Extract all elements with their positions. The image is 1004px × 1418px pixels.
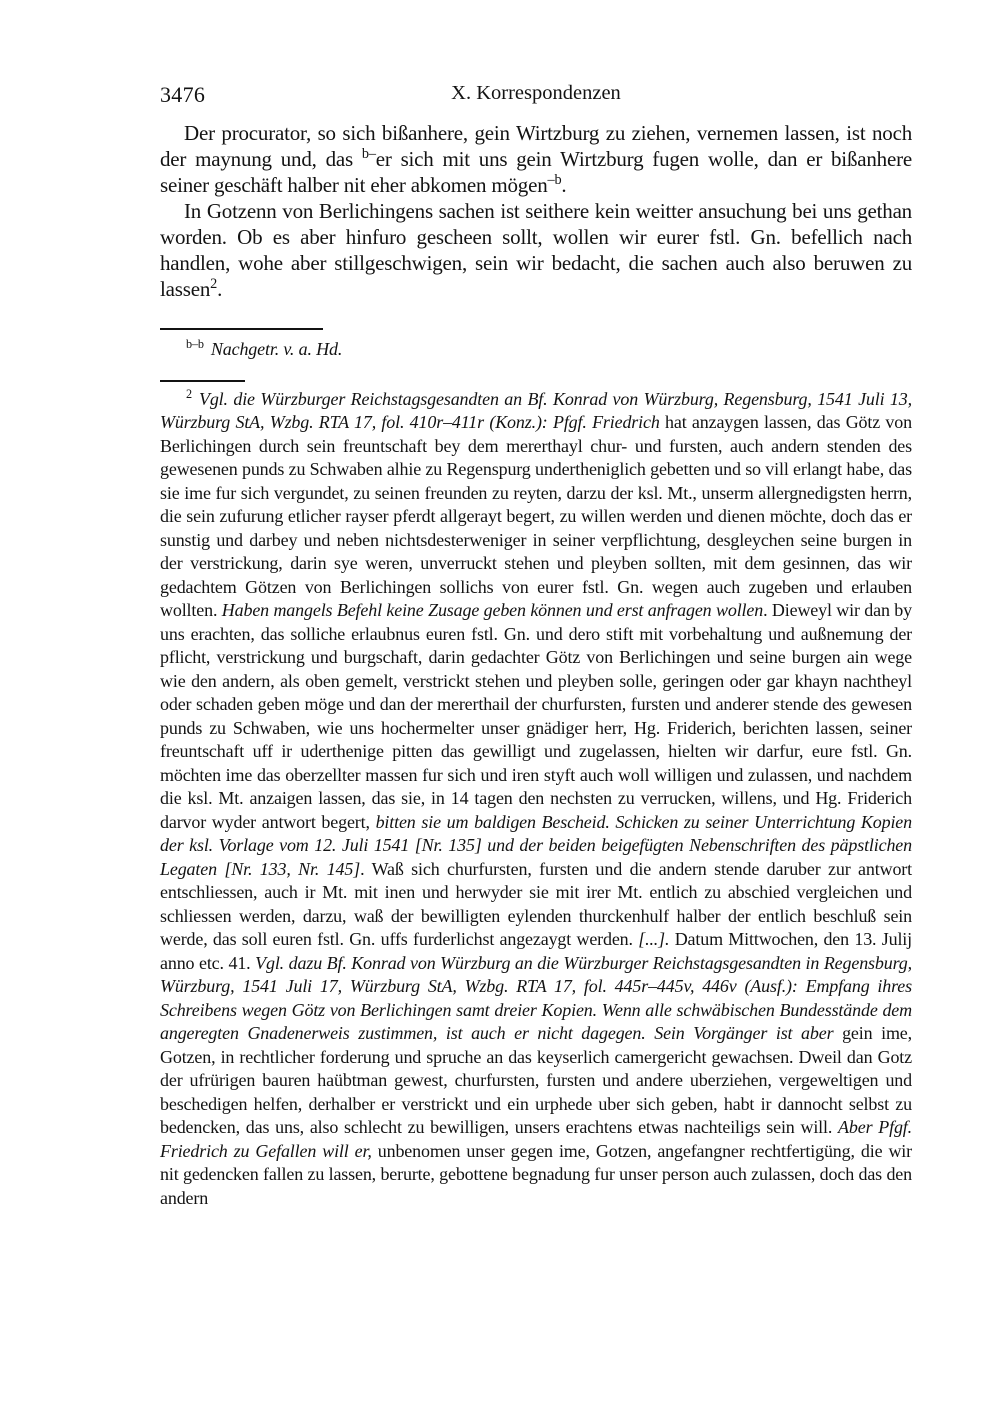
running-title: X. Korrespondenzen (160, 82, 912, 105)
text-segment: . (217, 277, 222, 301)
page-number: 3476 (160, 82, 205, 108)
footnote-b: b–bNachgetr. v. a. Hd. (160, 338, 912, 362)
footnote-separator (160, 328, 323, 330)
page-content: 3476 X. Korrespondenzen Der procurator, … (160, 82, 912, 1210)
text-segment: Nachgetr. v. a. Hd. (211, 339, 342, 359)
text-segment: Haben mangels Befehl keine Zusage geben … (222, 600, 763, 620)
footnote-2: 2Vgl. die Würzburger Reichstagsgesandten… (160, 388, 912, 1211)
footnote-marker: b–b (186, 337, 204, 351)
text-segment: In Gotzenn von Berlichingens sachen ist … (160, 199, 912, 301)
book-page: 3476 X. Korrespondenzen Der procurator, … (0, 0, 1004, 1418)
footnote-marker: 2 (186, 387, 192, 401)
paragraph: In Gotzenn von Berlichingens sachen ist … (160, 198, 912, 302)
footnote-separator (160, 380, 245, 382)
text-segment: . Dieweyl wir dan by uns erachten, das s… (160, 600, 912, 832)
text-segment: . (561, 173, 566, 197)
text-segment: –b (548, 172, 562, 188)
text-segment: Vgl. dazu Bf. Konrad von Würzburg an die… (160, 953, 912, 1044)
text-segment: [...]. (638, 929, 669, 949)
running-head: 3476 X. Korrespondenzen (160, 82, 912, 108)
main-text: Der procurator, so sich bißanhere, gein … (160, 120, 912, 302)
text-segment: b– (362, 146, 376, 162)
footnote-2-text: Vgl. die Würzburger Reichstagsgesandten … (160, 389, 912, 1208)
text-segment: hat anzaygen lassen, das Götz von Berlic… (160, 412, 912, 620)
footnote-b-text: Nachgetr. v. a. Hd. (211, 339, 342, 359)
paragraph: Der procurator, so sich bißanhere, gein … (160, 120, 912, 198)
